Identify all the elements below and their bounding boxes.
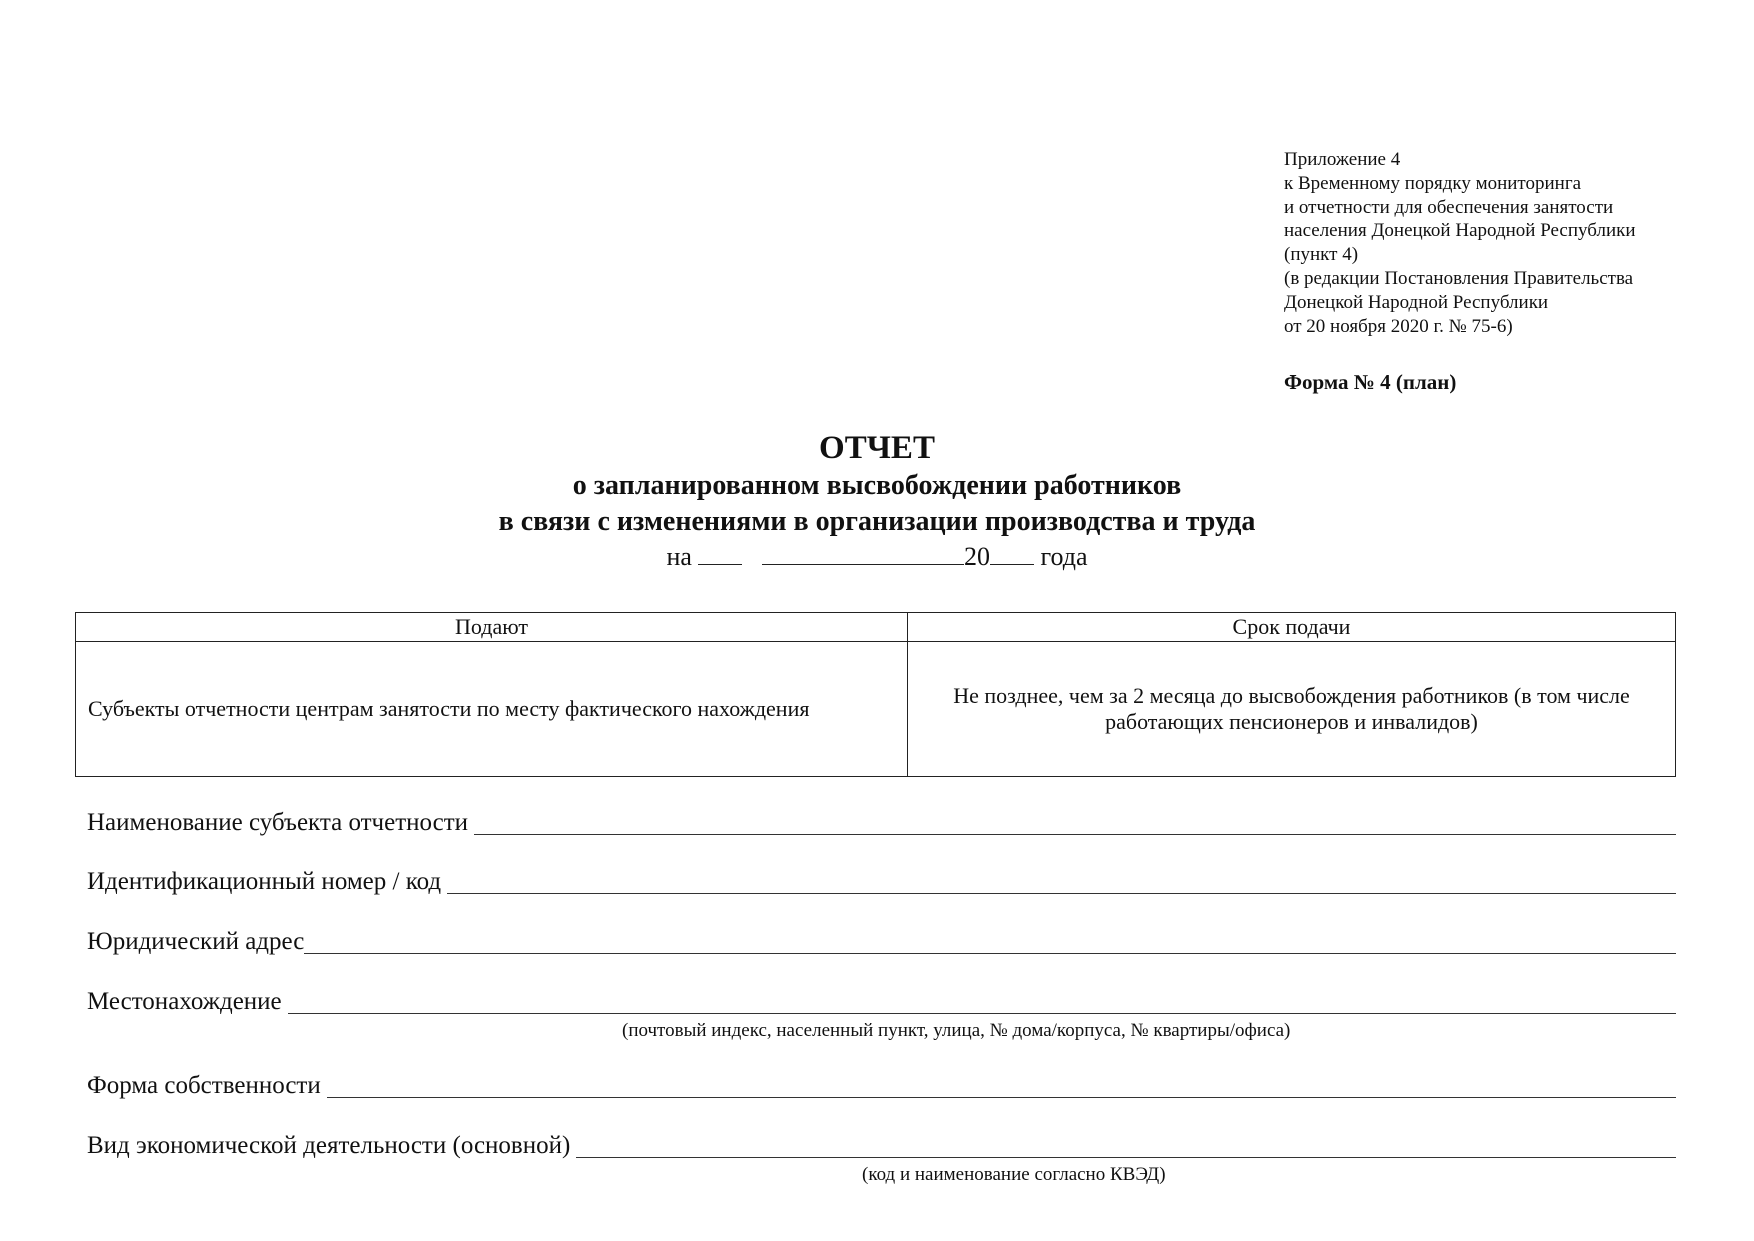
report-date-line: на 20 года [0, 540, 1754, 574]
title-line-2: в связи с изменениями в организации прои… [0, 504, 1754, 540]
date-suffix: года [1040, 542, 1087, 571]
field-ownership-form: Форма собственности [87, 1072, 1676, 1100]
form-number: Форма № 4 (план) [1284, 370, 1456, 395]
field-entity-name: Наименование субъекта отчетности [87, 809, 1676, 837]
field-economic-activity: Вид экономической деятельности (основной… [87, 1132, 1676, 1160]
year-blank[interactable] [990, 542, 1034, 565]
year-prefix: 20 [964, 542, 990, 571]
economic-activity-hint: (код и наименование согласно КВЭД) [862, 1164, 1166, 1186]
day-blank[interactable] [698, 542, 742, 565]
appendix-line: и отчетности для обеспечения занятости [1284, 196, 1636, 220]
appendix-line: к Временному порядку мониторинга [1284, 172, 1636, 196]
field-label: Юридический адрес [87, 928, 304, 956]
title-main: ОТЧЕТ [0, 428, 1754, 468]
id-code-input[interactable] [447, 869, 1676, 894]
month-blank[interactable] [762, 542, 964, 565]
ownership-form-input[interactable] [327, 1073, 1676, 1098]
field-location: Местонахождение [87, 988, 1676, 1016]
appendix-line: (пункт 4) [1284, 243, 1636, 267]
table-header-row: Подают Срок подачи [76, 613, 1676, 642]
field-label: Местонахождение [87, 988, 288, 1016]
legal-address-input[interactable] [304, 929, 1676, 954]
field-label: Форма собственности [87, 1072, 327, 1100]
entity-name-input[interactable] [474, 810, 1676, 835]
location-input[interactable] [288, 989, 1676, 1014]
appendix-line: Донецкой Народной Республики [1284, 291, 1636, 315]
header-submitters: Подают [76, 613, 908, 642]
header-deadline: Срок подачи [908, 613, 1676, 642]
field-label: Идентификационный номер / код [87, 868, 447, 896]
report-title: ОТЧЕТ о запланированном высвобождении ра… [0, 428, 1754, 574]
title-line-1: о запланированном высвобождении работник… [0, 468, 1754, 504]
appendix-line: населения Донецкой Народной Республики [1284, 219, 1636, 243]
field-id-code: Идентификационный номер / код [87, 868, 1676, 896]
table-row: Субъекты отчетности центрам занятости по… [76, 642, 1676, 777]
cell-deadline: Не позднее, чем за 2 месяца до высвобожд… [908, 642, 1676, 777]
field-label: Вид экономической деятельности (основной… [87, 1132, 576, 1160]
appendix-line: от 20 ноября 2020 г. № 75-6) [1284, 315, 1636, 339]
economic-activity-input[interactable] [576, 1133, 1676, 1158]
appendix-line: (в редакции Постановления Правительства [1284, 267, 1636, 291]
location-hint: (почтовый индекс, населенный пункт, улиц… [622, 1020, 1290, 1042]
submission-table: Подают Срок подачи Субъекты отчетности ц… [75, 612, 1676, 777]
date-prefix: на [666, 542, 691, 571]
field-label: Наименование субъекта отчетности [87, 809, 474, 837]
cell-submitters: Субъекты отчетности центрам занятости по… [76, 642, 908, 777]
appendix-line: Приложение 4 [1284, 148, 1636, 172]
appendix-note: Приложение 4 к Временному порядку монито… [1284, 148, 1636, 338]
field-legal-address: Юридический адрес [87, 928, 1676, 956]
